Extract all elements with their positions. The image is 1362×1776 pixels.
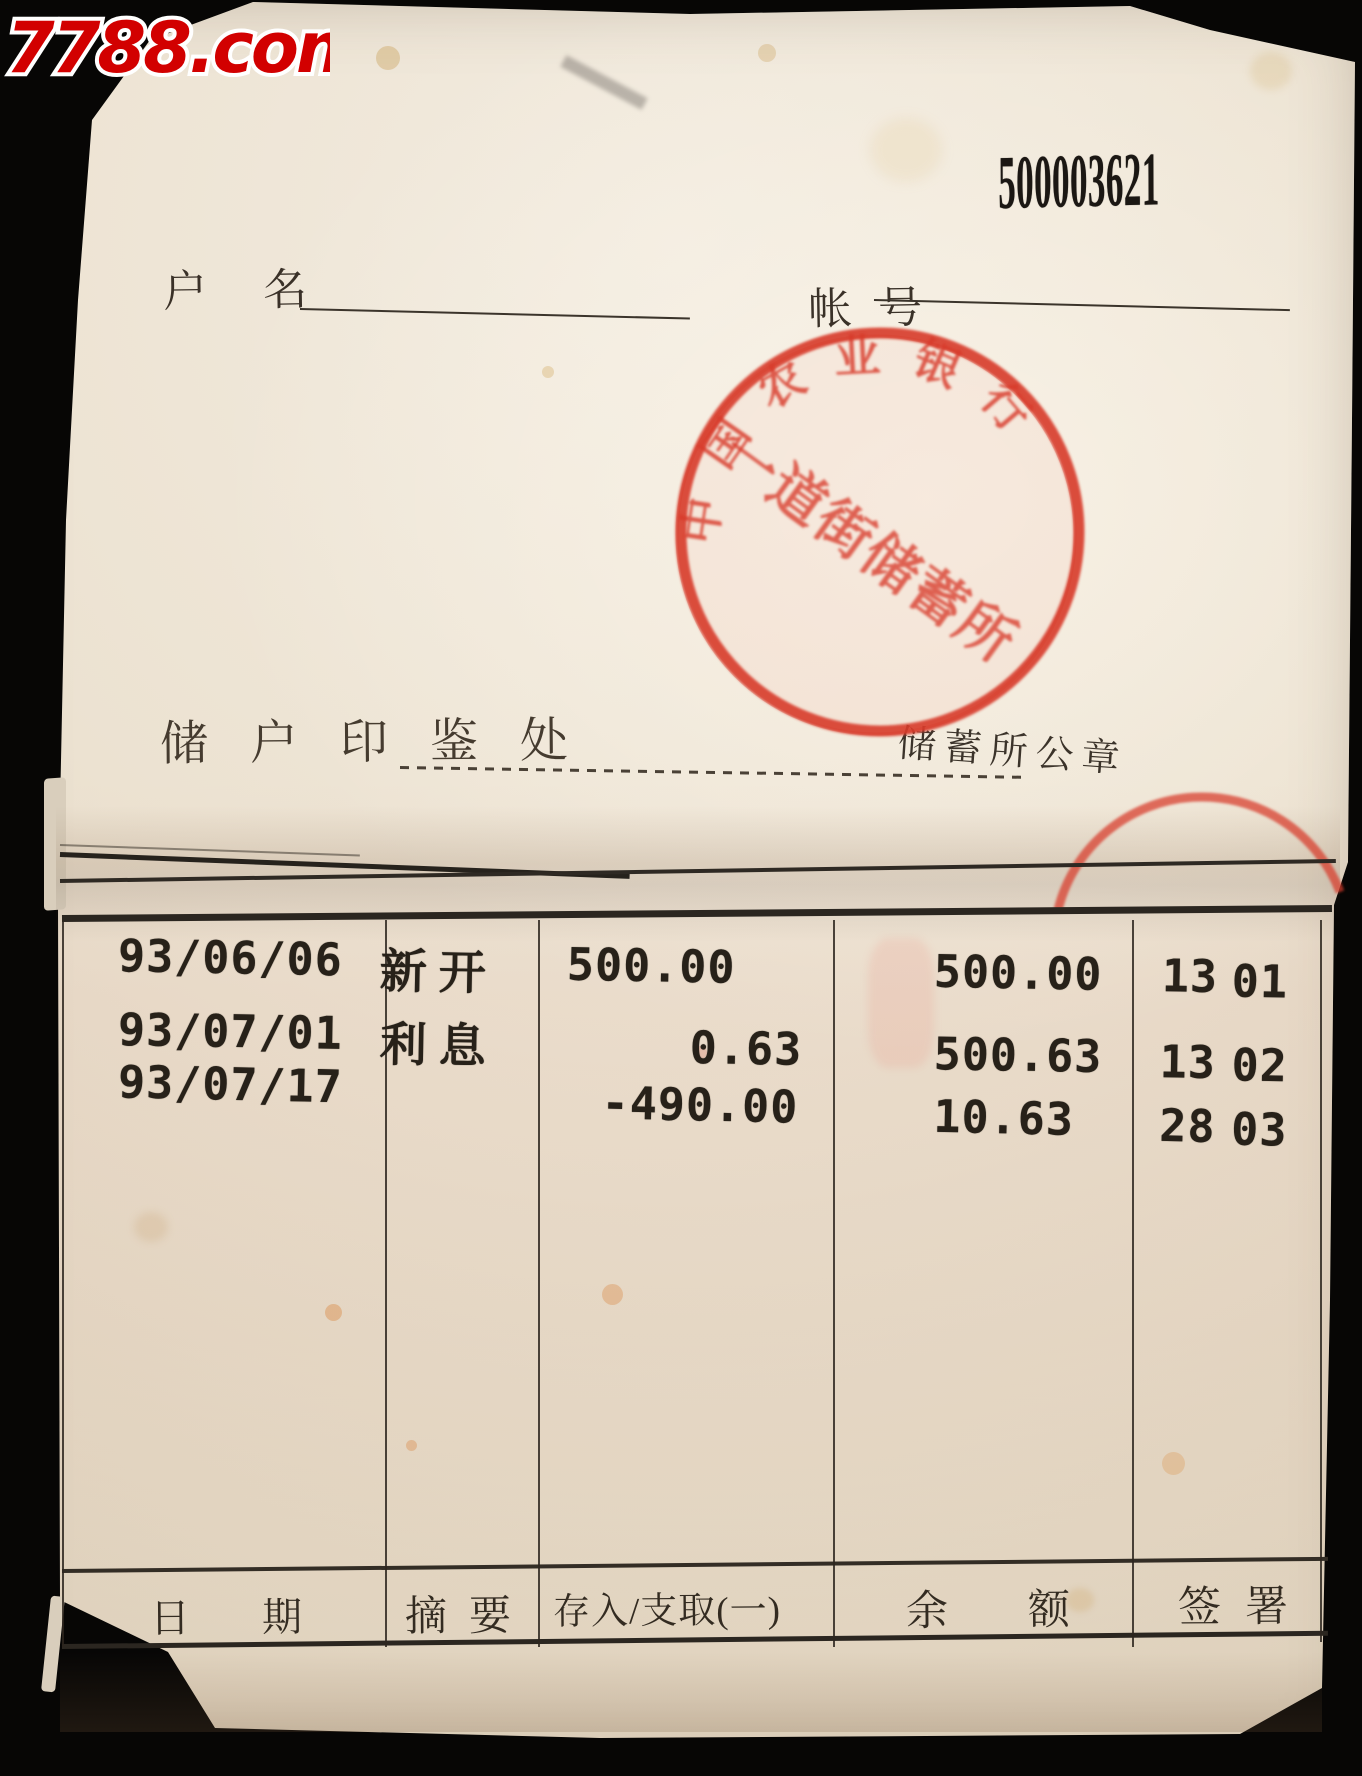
cell-teller: 28 (1159, 1099, 1216, 1153)
cell-balance: 10.63 (933, 1090, 1075, 1146)
watermark-text: 7788.com (6, 7, 330, 89)
cell-teller: 13 (1161, 949, 1218, 1003)
bank-seal-stamp: 中国农业银行 一道街储蓄所 (652, 305, 1108, 761)
cell-seq: 03 (1231, 1103, 1288, 1157)
cell-amount: 500.00 (566, 938, 736, 994)
watermark: 7788.com (0, 2, 330, 102)
header-balance: 余额 (906, 1576, 1151, 1638)
header-signature: 签署 (1178, 1572, 1313, 1634)
header-deposit-withdraw: 存入/支取(一) (553, 1579, 781, 1635)
partial-stamp-arc (1048, 742, 1348, 917)
cell-date: 93/07/17 (117, 1055, 343, 1113)
header-date: 日期 (150, 1585, 374, 1644)
depositor-seal-label: 储户印鉴处 (160, 701, 611, 774)
cell-seq: 01 (1231, 954, 1288, 1008)
cell-date: 93/06/06 (118, 929, 344, 986)
cell-amount: -490.00 (601, 1076, 799, 1133)
passbook-photo: 500003621 户名 帐号 储户印鉴处 储蓄所公章 中国农业银行 一道街储蓄… (0, 0, 1362, 1776)
cell-balance: 500.00 (933, 945, 1103, 1001)
cell-date: 93/07/01 (118, 1003, 344, 1060)
serial-number: 500003621 (998, 136, 1160, 227)
header-summary: 摘要 (405, 1582, 534, 1643)
cell-summary: 新开 (379, 934, 498, 1003)
